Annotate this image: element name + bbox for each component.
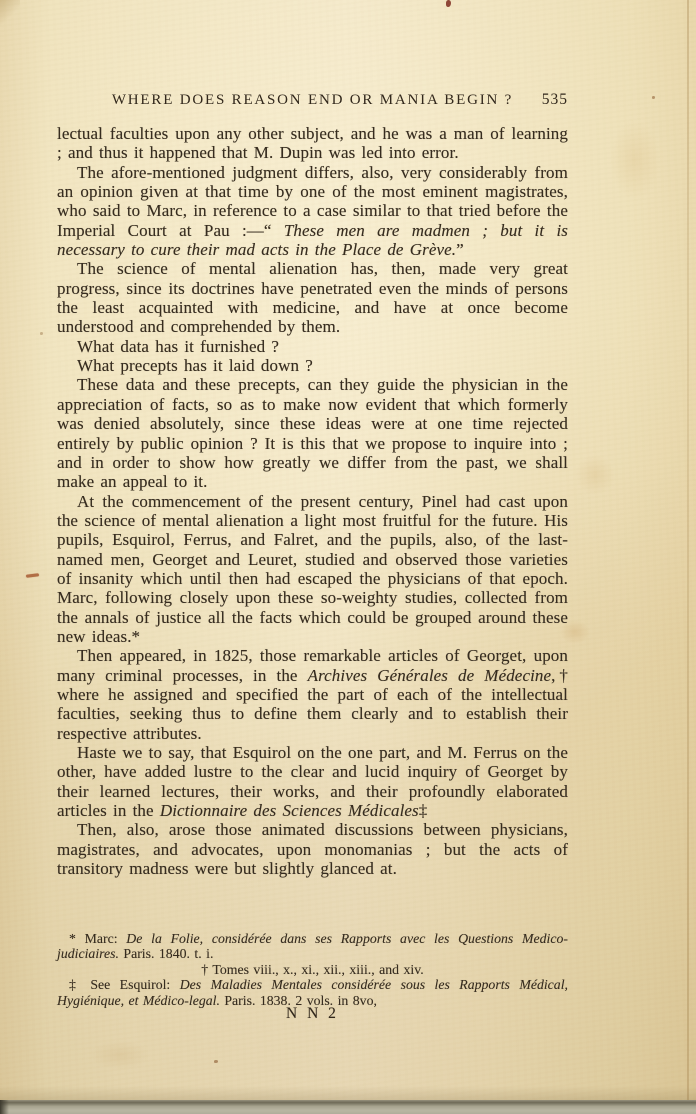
- right-page-edge: [687, 0, 689, 1102]
- bottom-page-edge: [0, 1100, 696, 1114]
- running-header: WHERE DOES REASON END OR MANIA BEGIN ? 5…: [57, 92, 568, 109]
- ink-speck: [40, 332, 43, 335]
- book-page-scan: WHERE DOES REASON END OR MANIA BEGIN ? 5…: [0, 0, 696, 1114]
- body-paragraph: Haste we to say, that Esquirol on the on…: [57, 743, 568, 820]
- footnote: ‡ See Esquirol: Des Maladies Mentales co…: [57, 977, 568, 1008]
- page-corner-shadow: [0, 0, 20, 30]
- page-number: 535: [542, 91, 568, 109]
- body-paragraph: The science of mental alienation has, th…: [57, 259, 568, 336]
- header-title: WHERE DOES REASON END OR MANIA BEGIN ?: [112, 92, 513, 108]
- footnote-section: * Marc: De la Folie, considérée dans ses…: [57, 931, 568, 1008]
- signature-mark: N N 2: [57, 1005, 568, 1023]
- body-paragraph: Then, also, arose those animated discuss…: [57, 820, 568, 878]
- ink-speck: [652, 96, 655, 99]
- paper-stain: [575, 455, 615, 495]
- body-paragraph: These data and these precepts, can they …: [57, 375, 568, 491]
- ink-speck: [446, 0, 451, 7]
- body-text: lectual faculties upon any other subject…: [57, 124, 568, 878]
- paper-stain: [610, 120, 660, 200]
- bottom-edge-corner: [0, 1100, 9, 1114]
- paper-stain: [90, 1040, 150, 1070]
- body-paragraph: What precepts has it laid down ?: [57, 356, 568, 375]
- ink-speck: [214, 1060, 218, 1063]
- margin-dash-mark: [26, 573, 39, 578]
- body-paragraph: What data has it furnished ?: [57, 337, 568, 356]
- footnote: † Tomes viii., x., xi., xii., xiii., and…: [57, 962, 568, 977]
- body-paragraph: At the commencement of the present centu…: [57, 492, 568, 647]
- body-paragraph: The afore-mentioned judgment differs, al…: [57, 163, 568, 260]
- footnote: * Marc: De la Folie, considérée dans ses…: [57, 931, 568, 962]
- body-paragraph: Then appeared, in 1825, those remarkable…: [57, 646, 568, 743]
- bottom-page-shadow: [0, 1086, 696, 1100]
- body-paragraph: lectual faculties upon any other subject…: [57, 124, 568, 163]
